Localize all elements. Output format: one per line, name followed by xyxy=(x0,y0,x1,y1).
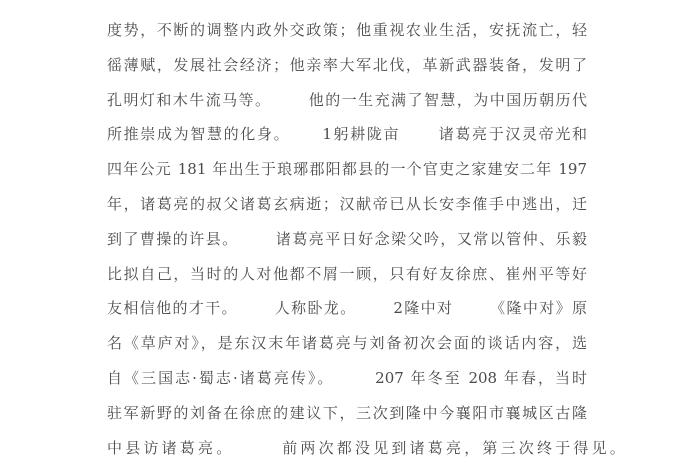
text-line-6: 年，诸葛亮的叔父诸葛玄病逝；汉献帝已从长安李傕手中逃出，迁 xyxy=(107,187,587,222)
text-line-8: 比拟自己，当时的人对他都不屑一顾，只有好友徐庶、崔州平等好 xyxy=(107,257,587,292)
text-line-5: 四年公元 181 年出生于琅琊郡阳都县的一个官吏之家建安二年 197 xyxy=(107,152,587,187)
text-line-13: 中县访诸葛亮。 前两次都没见到诸葛亮，第三次终于得见。 xyxy=(107,431,587,466)
text-line-4: 所推崇成为智慧的化身。 1躬耕陇亩 诸葛亮于汉灵帝光和 xyxy=(107,117,587,152)
text-line-10: 名《草庐对》，是东汉末年诸葛亮与刘备初次会面的谈话内容，选 xyxy=(107,326,587,361)
document-body: 度势，不断的调整内政外交政策；他重视农业生活，安抚流亡，轻 徭薄赋，发展社会经济… xyxy=(107,13,587,465)
text-line-7: 到了曹操的许县。 诸葛亮平日好念梁父吟，又常以管仲、乐毅 xyxy=(107,222,587,257)
text-line-11: 自《三国志·蜀志·诸葛亮传》。 207 年冬至 208 年春，当时 xyxy=(107,361,587,396)
text-line-9: 友相信他的才干。 人称卧龙。 2隆中对 《隆中对》原 xyxy=(107,291,587,326)
text-line-3: 孔明灯和木牛流马等。 他的一生充满了智慧，为中国历朝历代 xyxy=(107,83,587,118)
text-line-1: 度势，不断的调整内政外交政策；他重视农业生活，安抚流亡，轻 xyxy=(107,13,587,48)
text-line-12: 驻军新野的刘备在徐庶的建议下，三次到隆中今襄阳市襄城区古隆 xyxy=(107,396,587,431)
document-page: 度势，不断的调整内政外交政策；他重视农业生活，安抚流亡，轻 徭薄赋，发展社会经济… xyxy=(0,0,700,470)
text-line-2: 徭薄赋，发展社会经济；他亲率大军北伐，革新武器装备，发明了 xyxy=(107,48,587,83)
